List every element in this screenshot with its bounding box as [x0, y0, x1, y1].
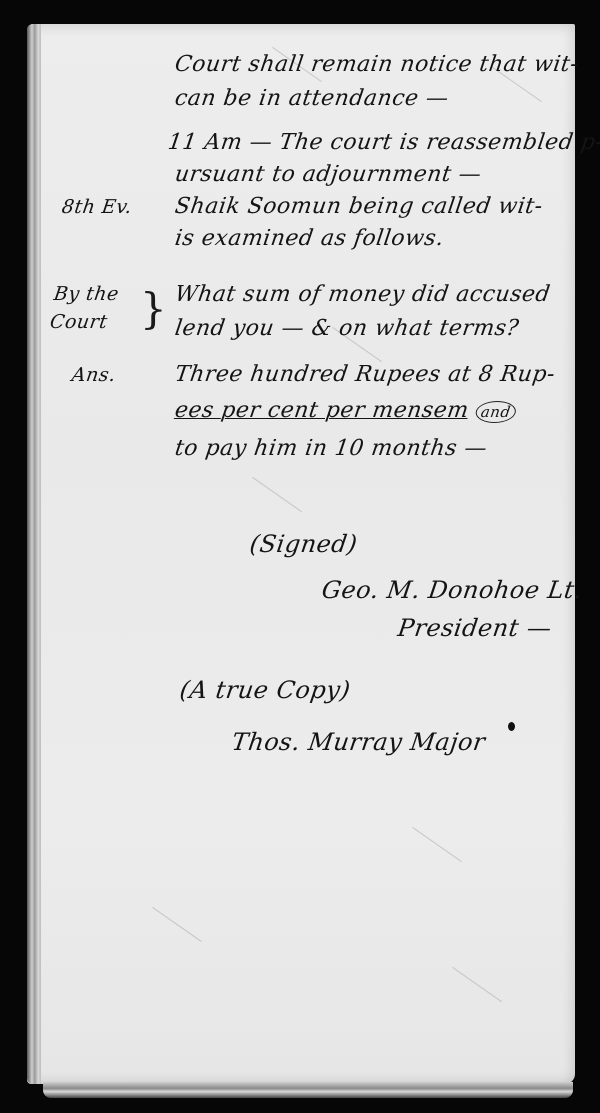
signer-title: President —	[396, 614, 554, 642]
attestation-label: (A true Copy)	[178, 676, 352, 704]
body-line-8: lend you — & on what terms?	[173, 316, 520, 341]
signer-name: Geo. M. Donohoe Lt.	[320, 576, 584, 604]
body-line-10-text: ees per cent per mensem	[173, 398, 470, 423]
inline-insertion: and	[474, 401, 517, 423]
body-line-2: can be in attendance —	[173, 86, 450, 111]
page-bottom-edge	[43, 1082, 573, 1098]
body-line-11: to pay him in 10 months —	[173, 436, 489, 461]
body-line-5: Shaik Soomun being called wit-	[173, 194, 544, 219]
body-line-9: Three hundred Rupees at 8 Rup-	[173, 362, 556, 387]
margin-note-answer: Ans.	[70, 364, 117, 386]
binding-edge	[27, 24, 41, 1084]
signed-label: (Signed)	[248, 530, 359, 558]
ink-blot	[508, 722, 515, 731]
brace-mark: }	[140, 284, 167, 333]
margin-note-witness: 8th Ev.	[60, 196, 133, 218]
body-line-4: ursuant to adjournment —	[173, 162, 483, 187]
attestation-signer: Thos. Murray Major	[230, 728, 487, 756]
margin-note-questioner: By the Court	[48, 280, 146, 336]
scanned-document: Court shall remain notice that wit- can …	[0, 0, 600, 1113]
body-line-3: 11 Am — The court is reassembled p-	[166, 130, 600, 155]
body-line-10: ees per cent per mensem and	[173, 398, 517, 423]
body-line-1: Court shall remain notice that wit-	[173, 52, 580, 77]
body-line-7: What sum of money did accused	[173, 282, 552, 307]
body-line-6: is examined as follows.	[173, 226, 445, 251]
